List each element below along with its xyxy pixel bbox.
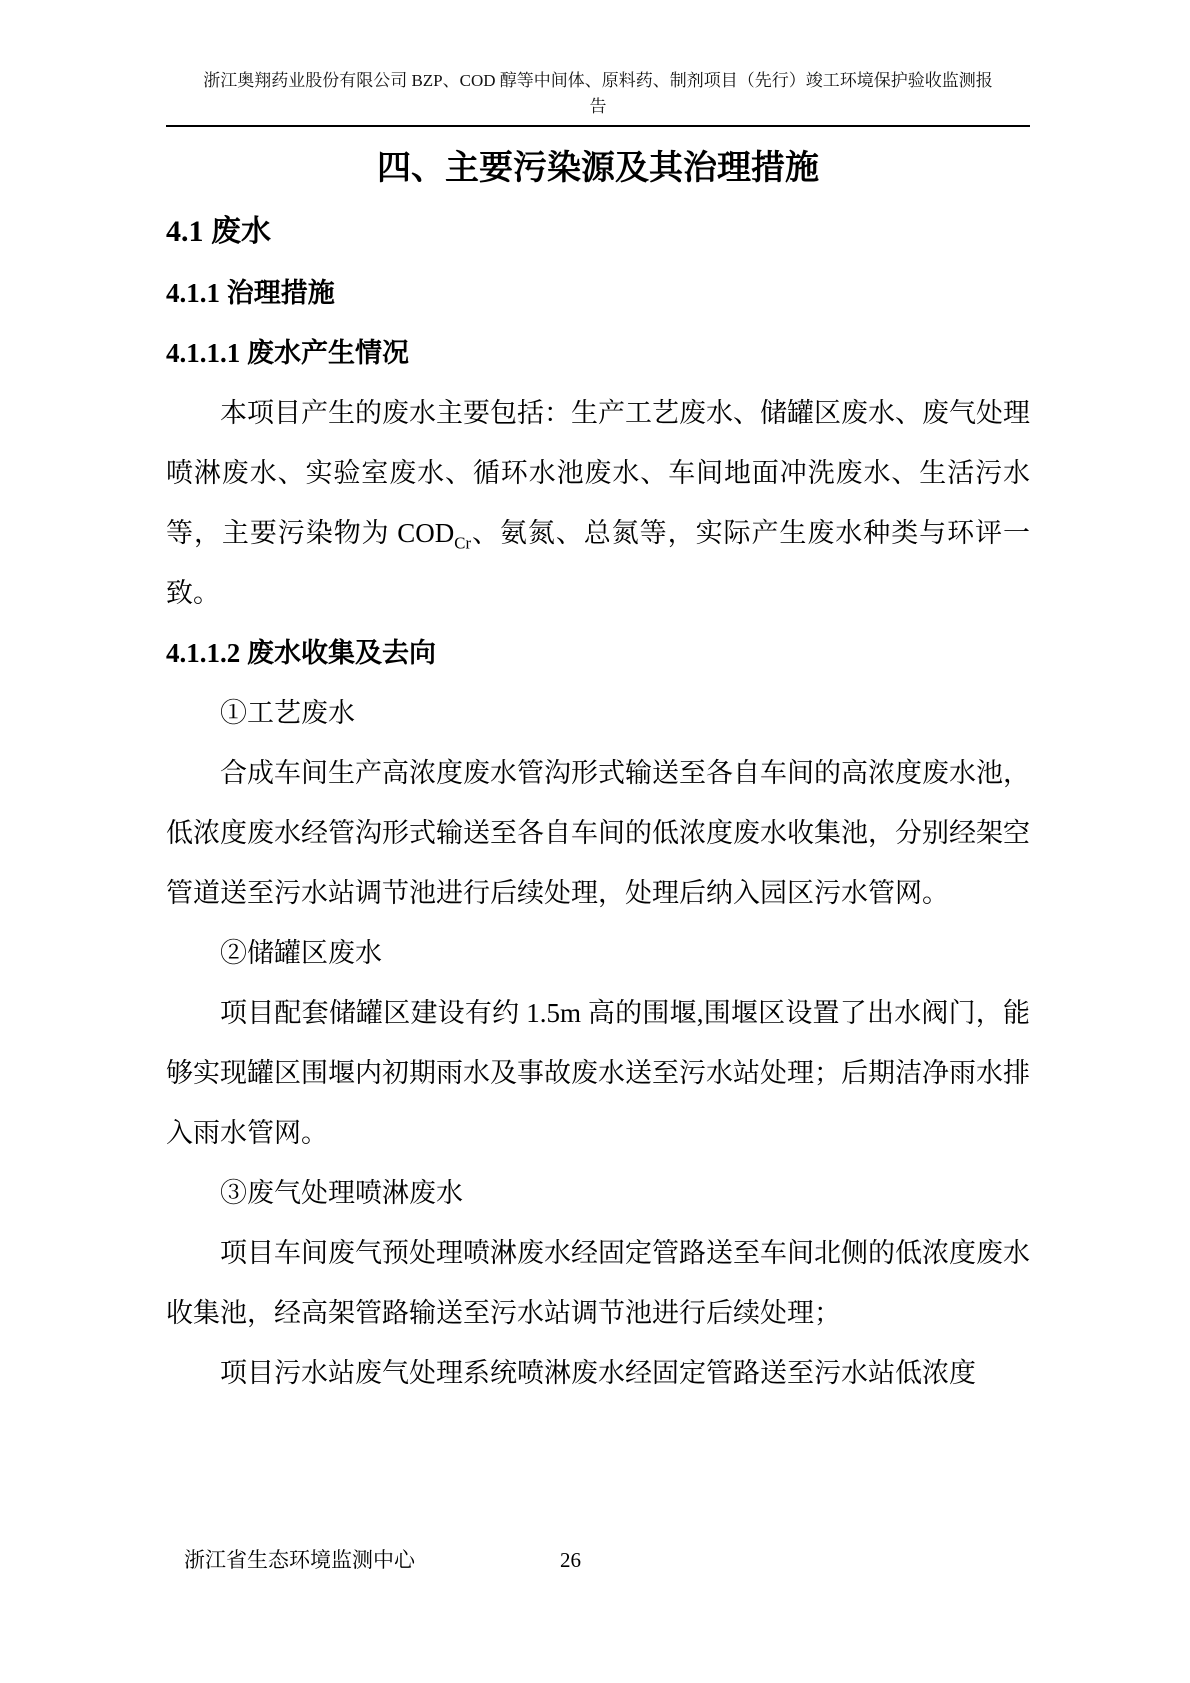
document-body: 四、主要污染源及其治理措施 4.1 废水 4.1.1 治理措施 4.1.1.1 … xyxy=(166,137,1030,1403)
header-divider xyxy=(166,125,1030,127)
paragraph-spray-wastewater-workshop: 项目车间废气预处理喷淋废水经固定管路送至车间北侧的低浓度废水收集池，经高架管路输… xyxy=(166,1223,1030,1343)
list-item-tank-area-wastewater: ②储罐区废水 xyxy=(166,923,1030,983)
paragraph-spray-wastewater-station: 项目污水站废气处理系统喷淋废水经固定管路送至污水站低浓度 xyxy=(166,1343,1030,1403)
document-page: 浙江奥翔药业股份有限公司 BZP、COD 醇等中间体、原料药、制剂项目（先行）竣… xyxy=(0,0,1190,1683)
footer-page-number: 26 xyxy=(560,1545,581,1575)
header-title-line2: 告 xyxy=(166,94,1030,120)
paragraph-wastewater-overview: 本项目产生的废水主要包括：生产工艺废水、储罐区废水、废气处理喷淋废水、实验室废水… xyxy=(166,383,1030,623)
paragraph-tank-area-wastewater: 项目配套储罐区建设有约 1.5m 高的围堰,围堰区设置了出水阀门，能够实现罐区围… xyxy=(166,983,1030,1163)
heading-4-1: 4.1 废水 xyxy=(166,201,1030,263)
header-title-line1: 浙江奥翔药业股份有限公司 BZP、COD 醇等中间体、原料药、制剂项目（先行）竣… xyxy=(166,68,1030,94)
list-item-process-wastewater: ①工艺废水 xyxy=(166,683,1030,743)
heading-4-1-1-2: 4.1.1.2 废水收集及去向 xyxy=(166,623,1030,683)
heading-4-1-1-1: 4.1.1.1 废水产生情况 xyxy=(166,323,1030,383)
document-header: 浙江奥翔药业股份有限公司 BZP、COD 醇等中间体、原料药、制剂项目（先行）竣… xyxy=(166,68,1030,120)
heading-4-1-1: 4.1.1 治理措施 xyxy=(166,263,1030,323)
paragraph-process-wastewater: 合成车间生产高浓度废水管沟形式输送至各自车间的高浓度废水池，低浓度废水经管沟形式… xyxy=(166,743,1030,923)
document-footer: 浙江省生态环境监测中心 26 xyxy=(166,1545,1030,1575)
chapter-title: 四、主要污染源及其治理措施 xyxy=(166,137,1030,201)
cod-subscript: Cr xyxy=(454,533,471,552)
list-item-spray-wastewater: ③废气处理喷淋废水 xyxy=(166,1163,1030,1223)
footer-organization: 浙江省生态环境监测中心 xyxy=(184,1545,415,1575)
